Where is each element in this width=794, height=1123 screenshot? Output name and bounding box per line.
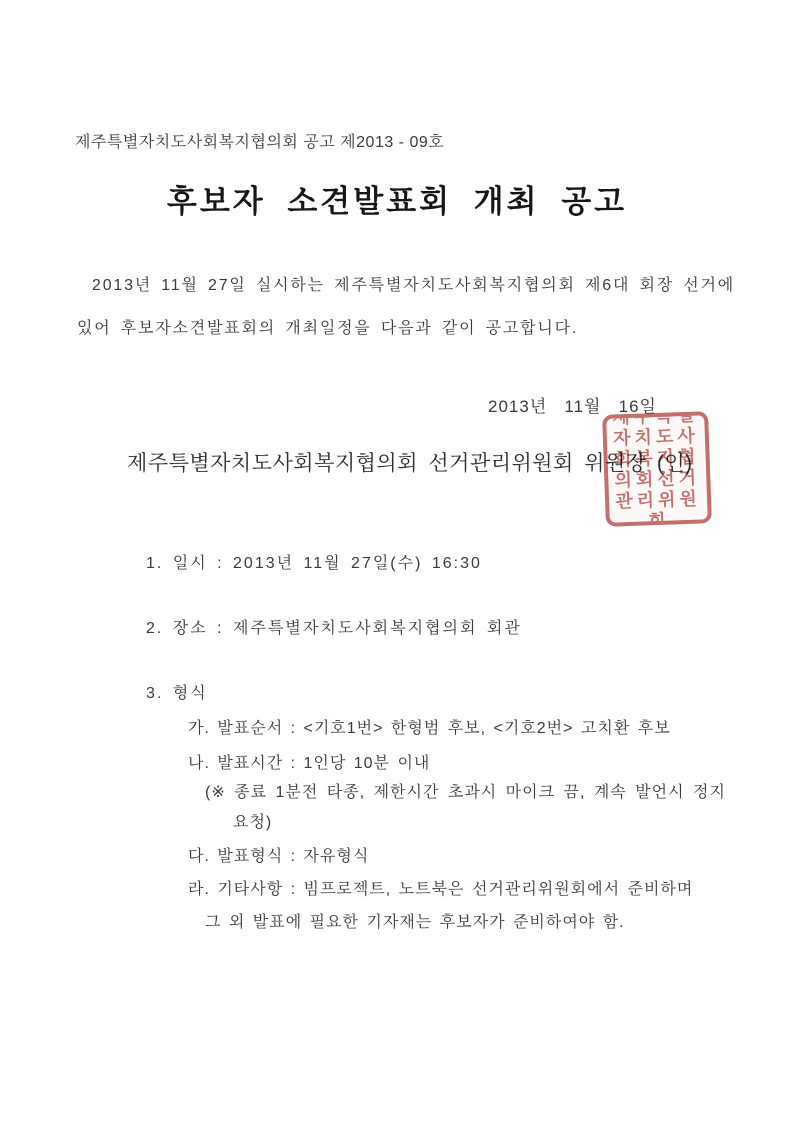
list-subitem-na-presentation-time: 나. 발표시간 : 1인당 10분 이내 bbox=[188, 750, 430, 773]
document-page: 제주특별자치도사회복지협의회 공고 제2013 - 09호 후보자 소견발표회 … bbox=[0, 0, 794, 1123]
note-line-2: 요청) bbox=[233, 809, 272, 832]
list-item-3-format: 3. 형식 bbox=[146, 680, 208, 703]
official-seal-stamp: 제주특별자치도사회복지협의회선거관리위원회 bbox=[602, 411, 712, 527]
seal-text: 제주특별자치도사회복지협의회선거관리위원회 bbox=[607, 411, 707, 527]
intro-paragraph-line-1: 2013년 11월 27일 실시하는 제주특별자치도사회복지협의회 제6대 회장… bbox=[92, 272, 735, 295]
doc-number: 제주특별자치도사회복지협의회 공고 제2013 - 09호 bbox=[75, 129, 444, 152]
note-line-1: (※ 종료 1분전 타종, 제한시간 초과시 마이크 끔, 계속 발언시 정지 bbox=[205, 779, 726, 802]
list-item-1-datetime: 1. 일시 : 2013년 11월 27일(수) 16:30 bbox=[146, 550, 482, 573]
page-title: 후보자 소견발표회 개최 공고 bbox=[0, 176, 794, 221]
list-item-2-location: 2. 장소 : 제주특별자치도사회복지협의회 회관 bbox=[146, 615, 522, 638]
list-subitem-ra-other-matters: 라. 기타사항 : 빔프로젝트, 노트북은 선거관리위원회에서 준비하며 bbox=[188, 876, 693, 899]
intro-paragraph-line-2: 있어 후보자소견발표회의 개최일정을 다음과 같이 공고합니다. bbox=[77, 315, 578, 338]
list-subitem-da-presentation-style: 다. 발표형식 : 자유형식 bbox=[188, 843, 369, 866]
list-subitem-ra-continuation: 그 외 발표에 필요한 기자재는 후보자가 준비하여야 함. bbox=[205, 909, 625, 932]
list-subitem-ga-presentation-order: 가. 발표순서 : <기호1번> 한형범 후보, <기호2번> 고치환 후보 bbox=[188, 715, 671, 738]
